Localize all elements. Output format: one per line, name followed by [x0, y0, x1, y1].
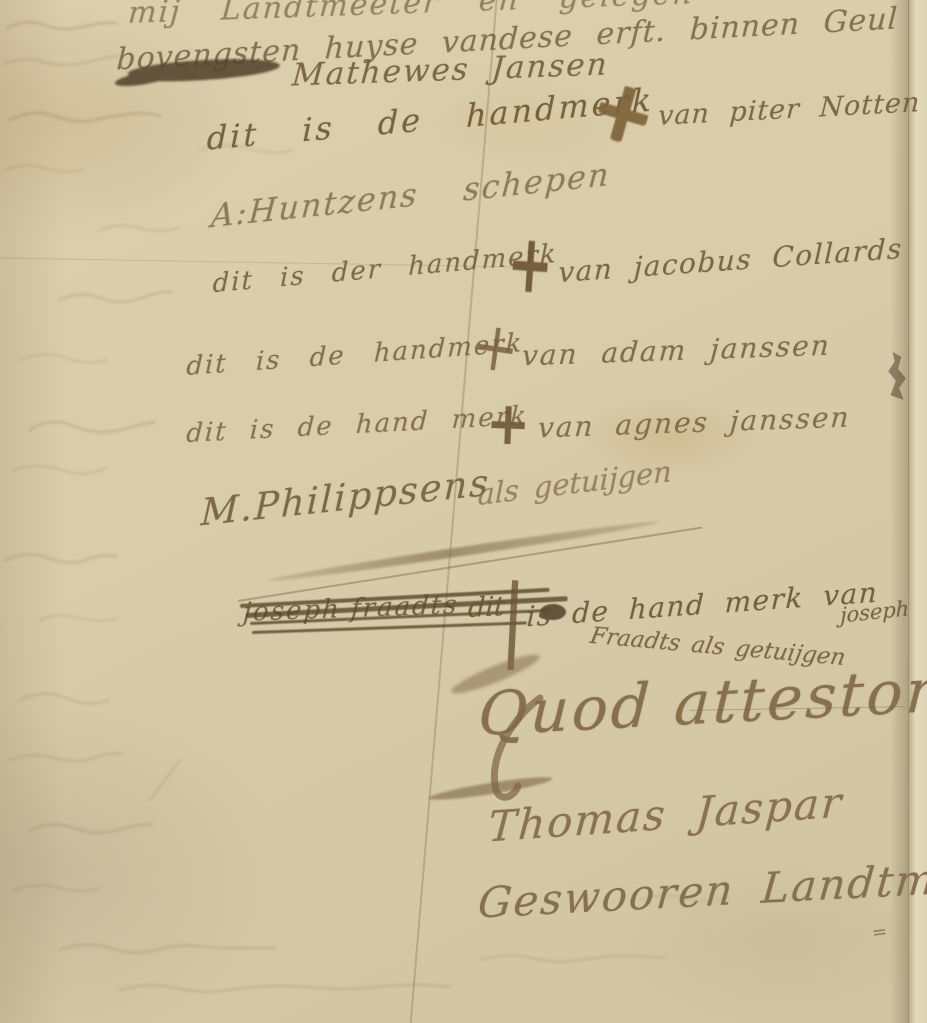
- handmark-cross-jacobus-collards: +: [504, 215, 557, 313]
- manuscript-page: mij Landtmeeter en gelegen bovengsten hu…: [0, 0, 927, 1023]
- handmark-cross-agnes-janssen: +: [485, 388, 532, 460]
- landtmr-abbreviation-dashes: =: [871, 921, 889, 944]
